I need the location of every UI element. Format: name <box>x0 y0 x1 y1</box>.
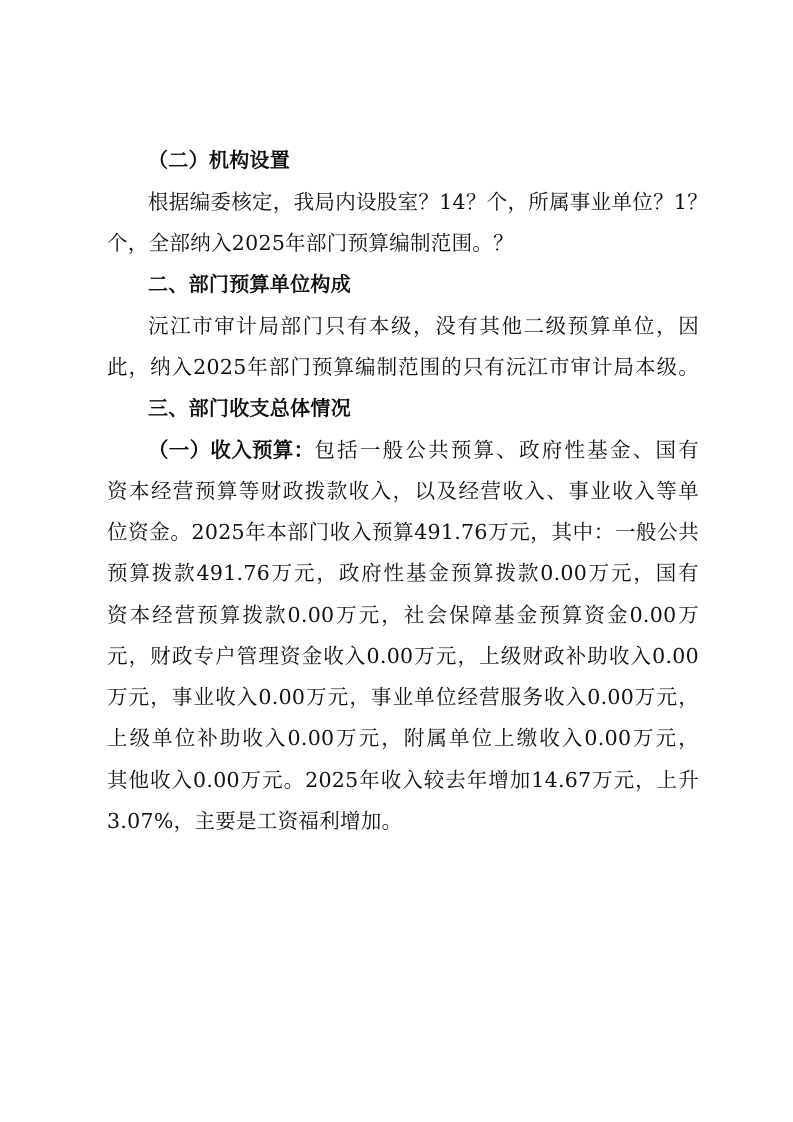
paragraph-line: 沅江市审计局部门只有本级，没有其他二级预算单位，因 <box>148 312 699 340</box>
section-heading-income-expenditure: 三、部门收支总体情况 <box>148 394 699 422</box>
section-heading-budget-units: 二、部门预算单位构成 <box>148 270 699 298</box>
paragraph-line: 预算拨款491.76万元，政府性基金预算拨款0.00万元，国有 <box>107 559 699 587</box>
paragraph-line: 元，财政专户管理资金收入0.00万元，上级财政补助收入0.00 <box>107 642 699 670</box>
paragraph-line: 资本经营预算拨款0.00万元，社会保障基金预算资金0.00万 <box>107 601 699 629</box>
paragraph-line: 上级单位补助收入0.00万元，附属单位上缴收入0.00万元， <box>107 724 699 752</box>
paragraph-line: 3.07%，主要是工资福利增加。 <box>107 807 699 835</box>
paragraph-line: 根据编委核定，我局内设股室？14？个，所属事业单位？1？ <box>148 188 699 216</box>
income-budget-label: （一）收入预算： <box>148 436 314 464</box>
document-page: （二）机构设置 根据编委核定，我局内设股室？14？个，所属事业单位？1？ 个，全… <box>0 0 793 1122</box>
paragraph-line: 其他收入0.00万元。2025年收入较去年增加14.67万元，上升 <box>107 766 699 794</box>
paragraph-line: 此，纳入2025年部门预算编制范围的只有沅江市审计局本级。 <box>107 353 699 381</box>
section-heading-institution-setup: （二）机构设置 <box>148 146 699 174</box>
paragraph-line-income-lead: （一）收入预算： 包括一般公共预算、政府性基金、国有 <box>148 436 699 464</box>
paragraph-line: 资本经营预算等财政拨款收入，以及经营收入、事业收入等单 <box>107 477 699 505</box>
paragraph-text: 包括一般公共预算、政府性基金、国有 <box>314 436 699 464</box>
paragraph-line: 万元，事业收入0.00万元，事业单位经营服务收入0.00万元， <box>107 683 699 711</box>
paragraph-line: 位资金。2025年本部门收入预算491.76万元，其中：一般公共 <box>107 518 699 546</box>
paragraph-line: 个，全部纳入2025年部门预算编制范围。？ <box>107 229 699 257</box>
